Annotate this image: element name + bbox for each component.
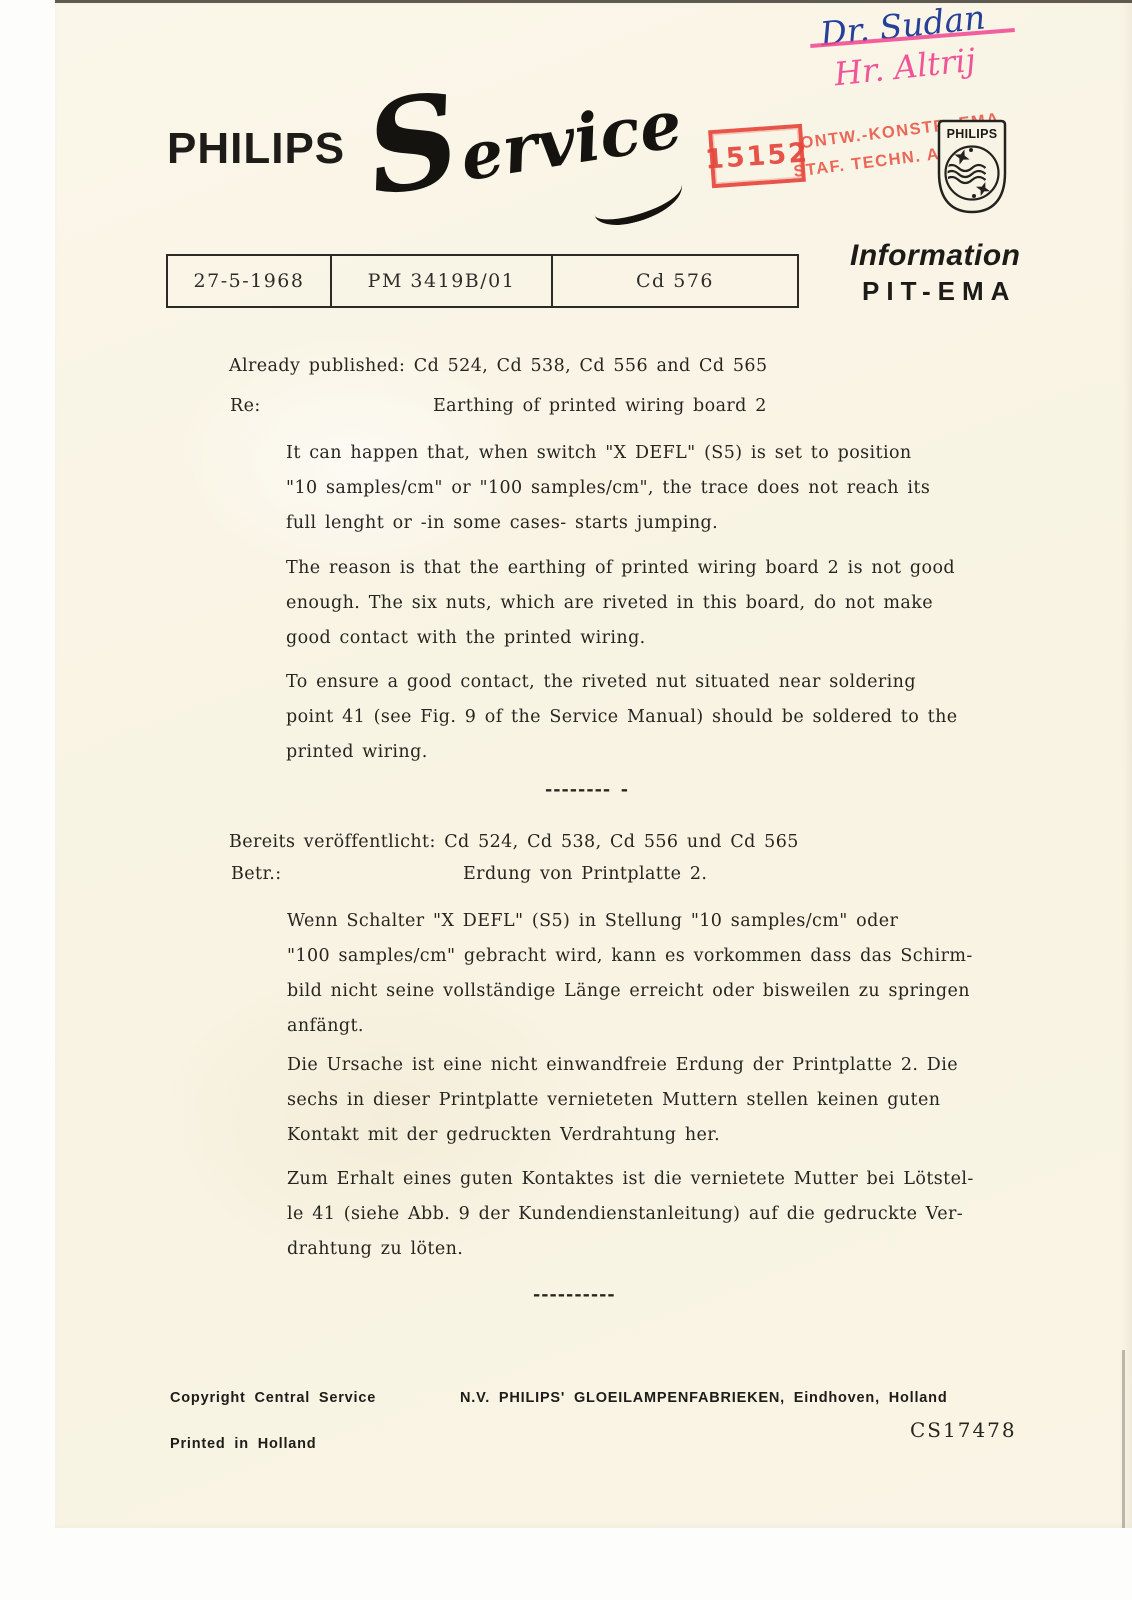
information-title: Information <box>850 239 1021 273</box>
english-already-published: Already published: Cd 524, Cd 538, Cd 55… <box>229 349 768 384</box>
german-betr-subject: Erdung von Printplatte 2. <box>463 857 707 892</box>
english-re-label: Re: <box>230 389 261 424</box>
footer-printed-in: Printed in Holland <box>170 1436 316 1452</box>
pit-ema-title: PIT-EMA <box>862 276 1016 307</box>
german-paragraph-2: Die Ursache ist eine nicht einwandfreie … <box>287 1048 958 1153</box>
german-paragraph-1: Wenn Schalter "X DEFL" (S5) in Stellung … <box>287 904 973 1044</box>
page-right-edge <box>1122 1350 1125 1528</box>
meta-date-cell: 27-5-1968 <box>168 256 332 306</box>
meta-code-cell: Cd 576 <box>553 256 797 306</box>
document-meta-table: 27-5-1968 PM 3419B/01 Cd 576 <box>166 254 799 308</box>
number-stamp: 15152 <box>708 124 806 188</box>
philips-wordmark: PHILIPS <box>167 124 345 174</box>
english-paragraph-3: To ensure a good contact, the riveted nu… <box>286 665 958 770</box>
english-paragraph-2: The reason is that the earthing of print… <box>286 551 955 656</box>
footer-copyright: Copyright Central Service <box>170 1390 376 1406</box>
english-re-subject: Earthing of printed wiring board 2 <box>433 389 767 424</box>
philips-shield-logo: PHILIPS <box>933 117 1013 217</box>
footer-company: N.V. PHILIPS' GLOEILAMPENFABRIEKEN, Eind… <box>460 1390 948 1406</box>
english-paragraph-1: It can happen that, when switch "X DEFL"… <box>286 436 930 541</box>
meta-model-cell: PM 3419B/01 <box>332 256 553 306</box>
german-paragraph-3: Zum Erhalt eines guten Kontaktes ist die… <box>287 1162 974 1267</box>
star-dot <box>969 148 973 152</box>
shield-philips-label: PHILIPS <box>947 127 998 141</box>
german-already-published: Bereits veröffentlicht: Cd 524, Cd 538, … <box>229 825 799 860</box>
german-betr-label: Betr.: <box>231 857 282 892</box>
dashed-divider-2: ---------- <box>533 1278 616 1313</box>
dashed-divider-1: -------- - <box>545 773 629 808</box>
star-dot <box>972 194 976 198</box>
footer-print-code: CS17478 <box>910 1418 1017 1442</box>
